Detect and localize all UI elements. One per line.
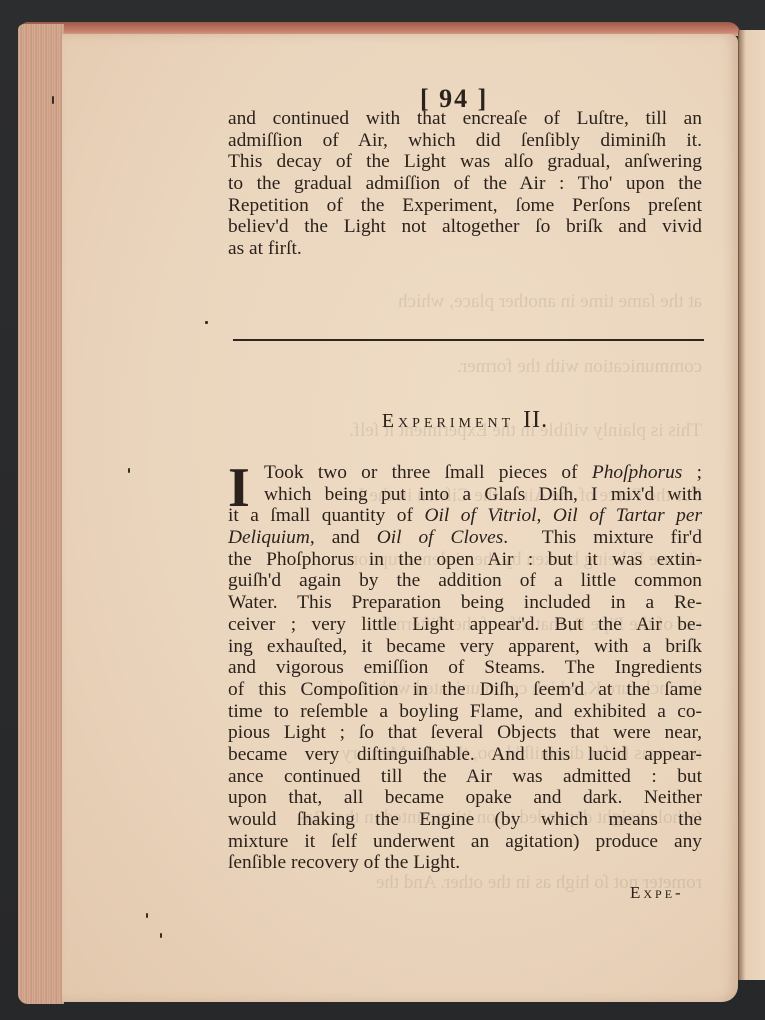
- text-line: to the gradual admiſſion of the Air : Th…: [228, 173, 702, 195]
- section-heading: Experiment II.: [228, 407, 702, 434]
- text-line: of this Compoſition in the Diſh, ſeem'd …: [228, 679, 702, 701]
- paper-speck: [205, 321, 208, 324]
- text-line: the Phoſphorus in the open Air : but it …: [228, 549, 702, 571]
- text-line: would ſhaking the Engine (by which means…: [228, 809, 702, 831]
- heading-numeral: II.: [523, 407, 548, 433]
- text-line: Repetition of the Experiment, ſome Perſo…: [228, 195, 702, 217]
- paper-speck: [128, 468, 130, 473]
- paper-speck: [52, 96, 54, 104]
- text-line: and vigorous emiſſion of Steams. The Ing…: [228, 657, 702, 679]
- italic-term: Oil of Cloves: [377, 527, 504, 548]
- text-line: ance continued till the Air was admitted…: [228, 766, 702, 788]
- text-line: became very diſtinguiſhable. And this lu…: [228, 744, 702, 766]
- text-line: upon that, all became opake and dark. Ne…: [228, 787, 702, 809]
- top-paragraph: and continued with that encreaſe of Luſt…: [228, 108, 702, 260]
- italic-term: Oil of Vitriol: [424, 505, 536, 526]
- experiment-paragraph: Took two or three ſmall pieces of Phoſph…: [228, 462, 702, 874]
- text-line: mixture it ſelf underwent an agitation) …: [228, 831, 702, 853]
- heading-label: Experiment: [382, 410, 514, 432]
- facing-page-edge: [738, 30, 765, 980]
- text-line: guiſh'd again by the addition of a littl…: [228, 570, 702, 592]
- text-line: ceiver ; very little Light appear'd. But…: [228, 614, 702, 636]
- text-line: which being put into a Glaſs Diſh, I mix…: [228, 484, 702, 506]
- text-line: time to reſemble a boyling Flame, and ex…: [228, 701, 702, 723]
- text-line: Water. This Preparation being included i…: [228, 592, 702, 614]
- text-line: Deliquium, and Oil of Cloves. This mixtu…: [228, 527, 702, 549]
- text-line: Took two or three ſmall pieces of Phoſph…: [228, 462, 702, 484]
- text-line: as at firſt.: [228, 238, 702, 260]
- text-line: admiſſion of Air, which did ſenſibly dim…: [228, 130, 702, 152]
- text-line: and continued with that encreaſe of Luſt…: [228, 108, 702, 130]
- text-line: believ'd the Light not altogether ſo bri…: [228, 216, 702, 238]
- paper-speck: [695, 491, 697, 494]
- text-line: it a ſmall quantity of Oil of Vitriol, O…: [228, 505, 702, 527]
- book-photo: at the ſame time in another place, which…: [0, 0, 765, 1020]
- italic-term: Deliquium: [228, 527, 310, 548]
- text-line: ing exhauſted, it became very apparent, …: [228, 636, 702, 658]
- catchword: Expe-: [630, 883, 684, 903]
- section-divider-rule: [233, 339, 704, 341]
- text-line: pious Light ; ſo that ſeveral Objects th…: [228, 722, 702, 744]
- page-block-left-edge: [18, 24, 64, 1004]
- paper-speck: [146, 913, 148, 918]
- italic-term: Oil of Tartar per: [553, 505, 702, 526]
- paper-speck: [160, 933, 162, 938]
- text-line: ſenſible recovery of the Light.: [228, 852, 702, 874]
- italic-term: Phoſphorus: [592, 462, 683, 483]
- text-line: This decay of the Light was alſo gradual…: [228, 151, 702, 173]
